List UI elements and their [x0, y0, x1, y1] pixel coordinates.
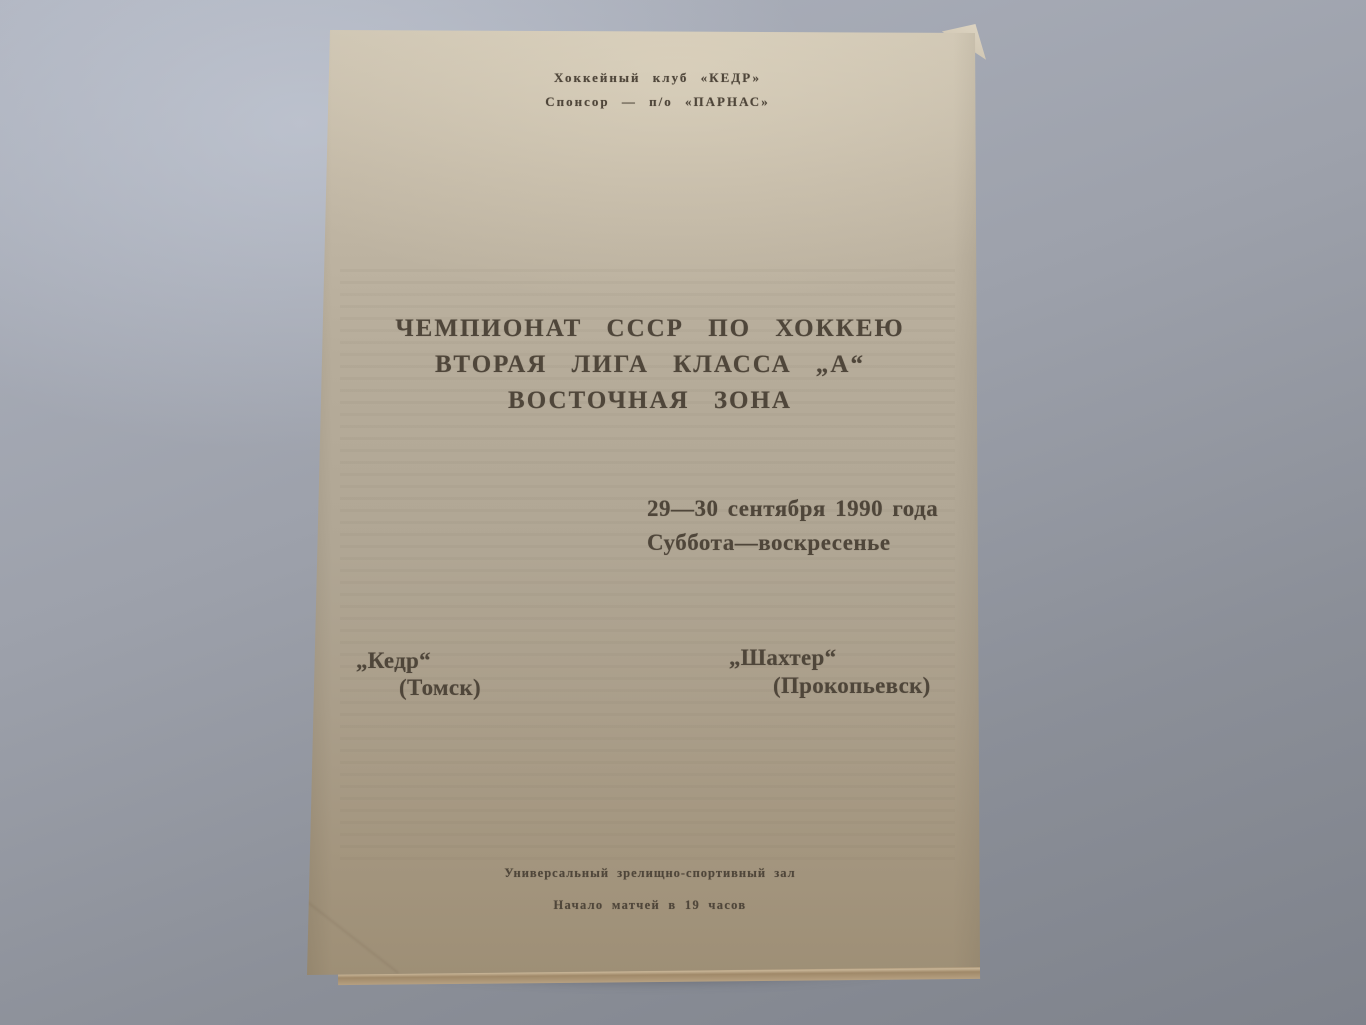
start-time-line: Начало матчей в 19 часов [320, 897, 980, 913]
match-days: Суббота—воскресенье [647, 526, 938, 560]
away-team-name: „Шахтер“ [729, 644, 836, 671]
cover-footer: Универсальный зрелищно-спортивный зал На… [320, 865, 980, 913]
venue-line: Универсальный зрелищно-спортивный зал [320, 865, 980, 881]
match-dates: 29—30 сентября 1990 года [647, 492, 938, 526]
tournament-title: ЧЕМПИОНАТ СССР ПО ХОККЕЮ ВТОРАЯ ЛИГА КЛА… [335, 311, 965, 419]
club-name-line: Хоккейный клуб «КЕДР» [335, 70, 980, 86]
photo-backdrop: Хоккейный клуб «КЕДР» Спонсор — п/о «ПАР… [0, 0, 1366, 1025]
title-line-league: ВТОРАЯ ЛИГА КЛАССА „А“ [335, 347, 965, 383]
cover-header: Хоккейный клуб «КЕДР» Спонсор — п/о «ПАР… [335, 70, 980, 110]
sponsor-line: Спонсор — п/о «ПАРНАС» [335, 94, 980, 110]
away-team-city: (Прокопьевск) [773, 672, 931, 699]
match-schedule: 29—30 сентября 1990 года Суббота—воскрес… [647, 492, 938, 560]
home-team-name: „Кедр“ [356, 647, 431, 674]
title-line-championship: ЧЕМПИОНАТ СССР ПО ХОККЕЮ [335, 311, 965, 347]
home-team-city: (Томск) [399, 674, 481, 701]
title-line-zone: ВОСТОЧНАЯ ЗОНА [335, 383, 965, 419]
program-cover: Хоккейный клуб «КЕДР» Спонсор — п/о «ПАР… [305, 30, 980, 975]
